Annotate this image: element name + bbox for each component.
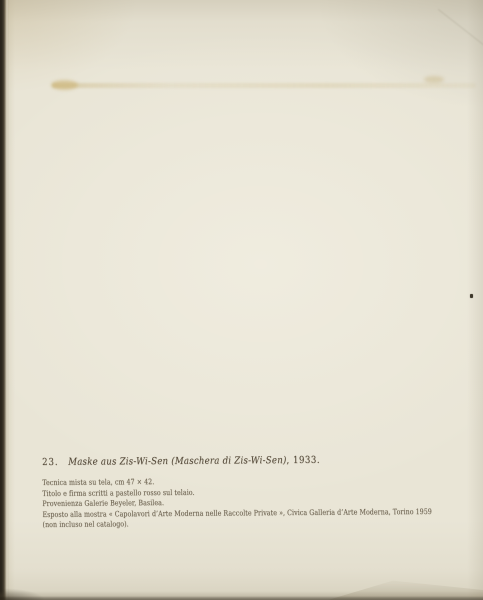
caption-detail-exhibition-note: (non incluso nel catalogo). — [43, 518, 404, 529]
caption-detail-technique: Tecnica mista su tela, cm 47 × 42. — [42, 476, 403, 487]
paper-crease — [438, 9, 483, 68]
stain-blotch-right — [424, 76, 444, 83]
book-page-photo: 23.Maske aus Zis-Wi-Sen (Maschera di Zis… — [0, 0, 483, 600]
page-edge-highlight — [6, 0, 8, 600]
stain-blotch — [51, 80, 78, 90]
book-spine-edge-shadow — [0, 0, 16, 600]
artwork-year: , 1933. — [286, 455, 320, 466]
caption-detail-exhibition: Esposto alla mostra « Capolavori d’Arte … — [42, 508, 403, 519]
bottom-edge-shadow — [0, 590, 483, 600]
stain-mark — [52, 83, 476, 88]
caption-detail-inscription: Titolo e firma scritti a pastello rosso … — [42, 487, 403, 498]
catalog-number: 23. — [42, 457, 59, 469]
bottom-left-corner-shadow — [0, 582, 60, 600]
caption-block: 23.Maske aus Zis-Wi-Sen (Maschera di Zis… — [42, 454, 483, 532]
caption-title-line: 23.Maske aus Zis-Wi-Sen (Maschera di Zis… — [42, 454, 429, 469]
artwork-title: Maske aus Zis-Wi-Sen (Maschera di Zis-Wi… — [68, 455, 286, 468]
dust-speck — [470, 294, 473, 298]
